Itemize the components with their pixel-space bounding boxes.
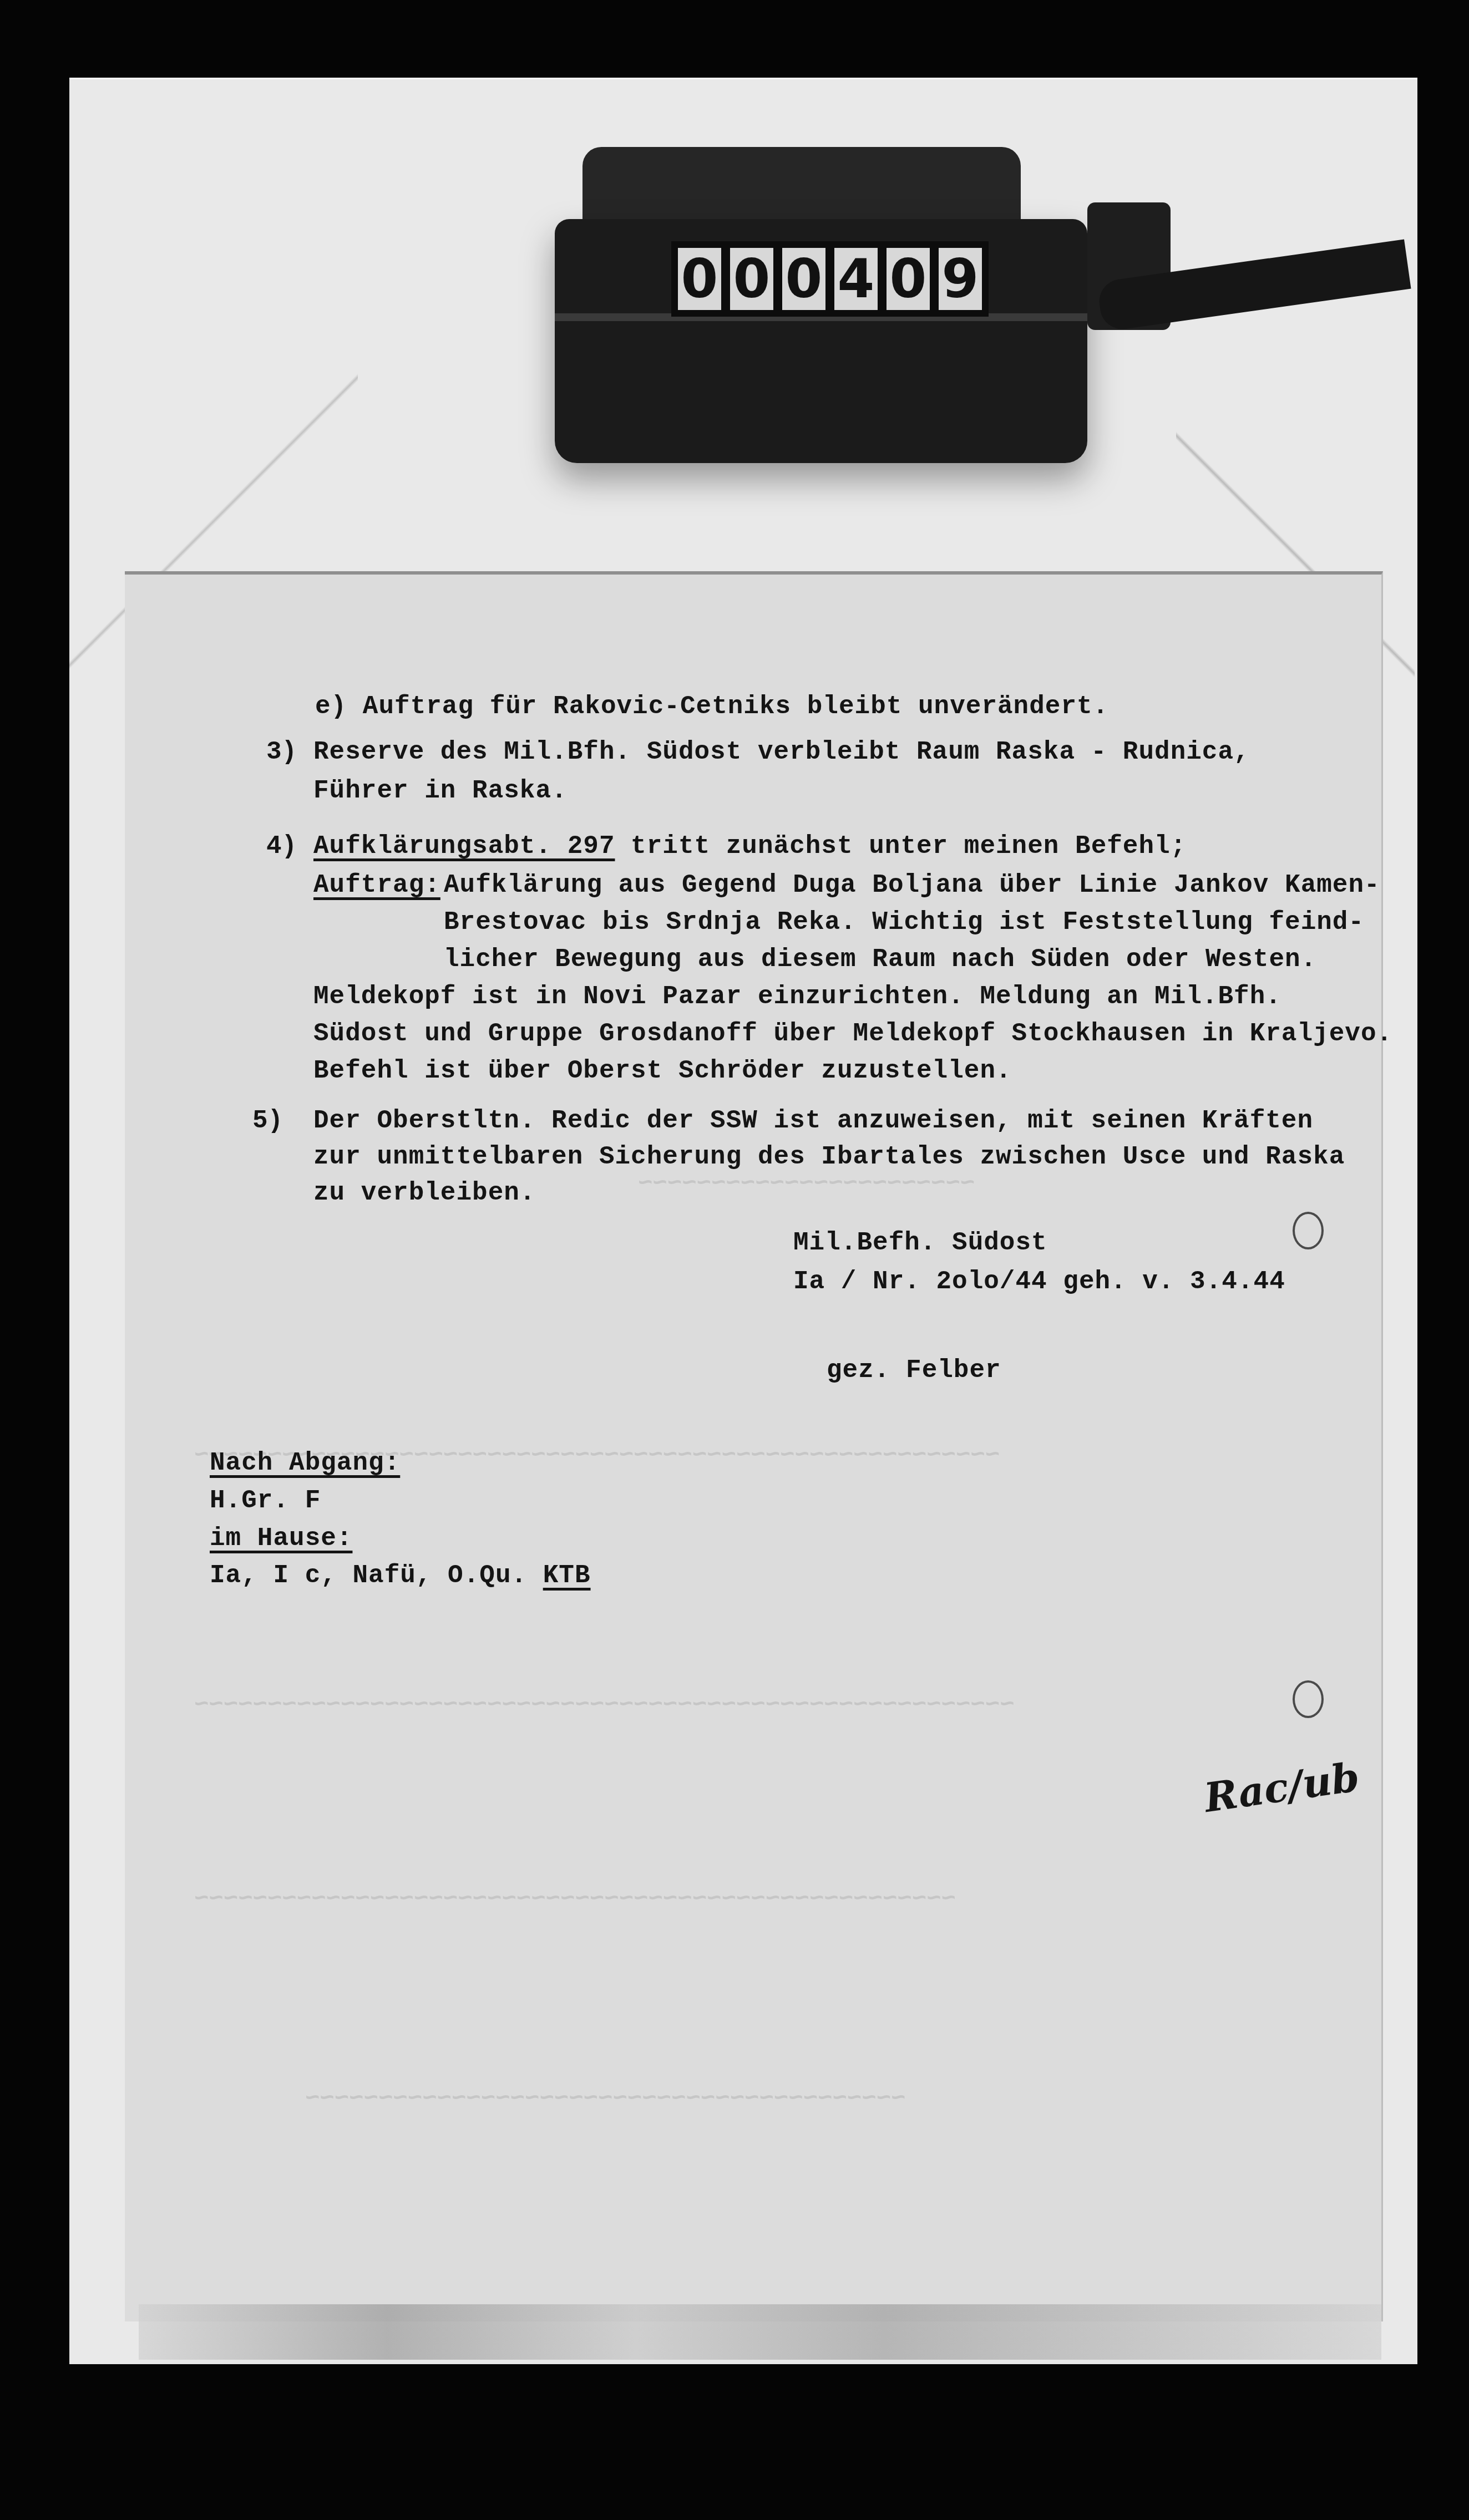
counter-digit: 9 — [939, 248, 982, 310]
issuing-office: Mil.Befh. Südost — [793, 1228, 1047, 1257]
in-house-recipients: Ia, I c, Nafü, O.Qu. — [210, 1561, 543, 1590]
bleed-through-text: ~~~~~~~~~~~~~~~~~~~~~~~~~~~~~~~~~~~~~~~~… — [194, 1886, 956, 1913]
in-house-value: Ia, I c, Nafü, O.Qu. KTB — [210, 1561, 591, 1590]
counter-digit: 0 — [782, 248, 825, 310]
paragraph-3-line: Führer in Raska. — [313, 776, 568, 805]
paragraph-5-line: zur unmittelbaren Sicherung des Ibartale… — [313, 1142, 1345, 1171]
signed-by: gez. Felber — [827, 1356, 1001, 1385]
paragraph-4-line: Brestovac bis Srdnja Reka. Wichtig ist F… — [444, 908, 1364, 937]
frame-counter-device: 0 0 0 4 0 9 — [555, 147, 1087, 463]
counter-digit: 0 — [730, 248, 773, 310]
paragraph-4-line: Meldekopf ist in Novi Pazar einzurichten… — [313, 982, 1281, 1011]
document-reference: Ia / Nr. 2olo/44 geh. v. 3.4.44 — [793, 1267, 1285, 1296]
distribution-label: Nach Abgang: — [210, 1449, 400, 1477]
paragraph-4-line: Südost und Gruppe Grosdanoff über Meldek… — [313, 1019, 1392, 1048]
paragraph-4-heading: Aufklärungsabt. 297 tritt zunächst unter… — [313, 832, 1186, 861]
bleed-through-text: ~~~~~~~~~~~~~~~~~~~~~~~~~~~~~~~~~~~~~~~~… — [194, 1691, 1015, 1719]
paragraph-marker: 5) — [252, 1106, 283, 1135]
punch-hole — [1293, 1212, 1324, 1249]
paragraph-4-line: licher Bewegung aus diesem Raum nach Süd… — [444, 945, 1316, 974]
distribution-value: H.Gr. F — [210, 1486, 321, 1515]
paragraph-text: Auftrag für Rakovic-Cetniks bleibt unver… — [363, 692, 1108, 721]
mission-label: Auftrag: — [313, 871, 440, 900]
counter-digit: 0 — [887, 248, 930, 310]
paragraph-5-line: Der Oberstltn. Redic der SSW ist anzuwei… — [313, 1106, 1313, 1135]
bleed-through-text: ~~~~~~~~~~~~~~~~~~~~~~~ — [638, 1170, 975, 1198]
paragraph-marker: e) — [315, 692, 347, 721]
counter-digit: 4 — [834, 248, 878, 310]
paragraph-4-line: Befehl ist über Oberst Schröder zuzustel… — [313, 1056, 1012, 1085]
bleed-through-text: ~~~~~~~~~~~~~~~~~~~~~~~~~~~~~~~~~~~~~~~~… — [305, 2085, 906, 2113]
counter-digit: 0 — [678, 248, 721, 310]
heading-rest: tritt zunächst unter meinen Befehl; — [615, 832, 1187, 861]
paragraph-e: e) Auftrag für Rakovic-Cetniks bleibt un… — [315, 692, 1108, 721]
paragraph-5-line: zu verbleiben. — [313, 1178, 535, 1207]
paragraph-marker: 3) — [266, 738, 297, 766]
punch-hole — [1293, 1680, 1324, 1718]
war-diary-recipient: KTB — [543, 1561, 591, 1590]
paragraph-3-line: Reserve des Mil.Bfh. Südost verbleibt Ra… — [313, 738, 1250, 766]
paragraph-4-line: Aufklärung aus Gegend Duga Boljana über … — [444, 871, 1380, 900]
counter-display: 0 0 0 4 0 9 — [671, 241, 989, 317]
page-bottom-edge — [139, 2304, 1381, 2360]
unit-name: Aufklärungsabt. 297 — [313, 832, 615, 861]
paragraph-marker: 4) — [266, 832, 297, 861]
in-house-label: im Hause: — [210, 1524, 352, 1553]
